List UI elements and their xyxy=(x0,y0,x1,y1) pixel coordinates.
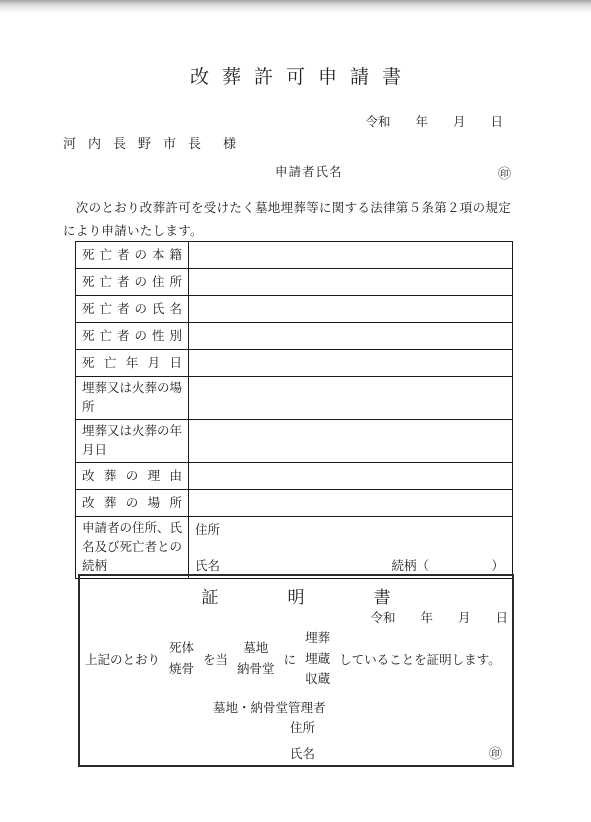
row-label-name: 死亡者の氏名 xyxy=(76,296,189,323)
sentence-tail: していることを証明します。 xyxy=(339,650,501,668)
table-row: 死亡年月日 xyxy=(76,350,513,377)
document-title: 改葬許可申請書 xyxy=(0,62,591,89)
row-value-death-date xyxy=(189,350,513,377)
era-date-line: 令和 年 月 日 xyxy=(365,112,503,130)
row-value-address xyxy=(189,269,513,296)
sentence-mid1: を当 xyxy=(203,650,228,668)
certificate-box: 証 明 書 令和 年 月 日 上記のとおり 死体 焼骨 を当 墓地 納骨堂 に … xyxy=(78,574,514,767)
reburial-application-document: 改葬許可申請書 令和 年 月 日 河内長野市長様 申請者氏名 ㊞ 次のとおり改葬… xyxy=(0,0,591,822)
applicant-name-label: 申請者氏名 xyxy=(275,162,343,180)
row-label-honseki: 死亡者の本籍 xyxy=(76,242,189,269)
row-value-burial-date xyxy=(189,420,513,463)
row-label-address: 死亡者の住所 xyxy=(76,269,189,296)
certificate-title: 証 明 書 xyxy=(80,583,512,608)
applicant-seal-stamp-icon: ㊞ xyxy=(498,163,511,182)
intro-paragraph: 次のとおり改葬許可を受けたく墓地埋葬等に関する法律第５条第２項の規定 により申請… xyxy=(63,197,517,243)
row-value-sex xyxy=(189,323,513,350)
applicant-fullname-label: 氏名 xyxy=(195,556,220,574)
table-row: 埋葬又は火葬の年月日 xyxy=(76,420,513,463)
table-row: 改葬の場所 xyxy=(76,490,513,517)
applicant-relation-label: 続柄（ ） xyxy=(391,556,504,574)
addressee-line: 河内長野市長様 xyxy=(63,133,236,152)
manager-label: 墓地・納骨堂管理者 xyxy=(213,698,326,716)
row-value-applicant-info: 住所 氏名 続柄（ ） xyxy=(189,517,513,579)
row-label-reburial-place: 改葬の場所 xyxy=(76,490,189,517)
addressee-name: 河内長野市長 xyxy=(63,136,213,151)
table-row: 死亡者の性別 xyxy=(76,323,513,350)
row-label-death-date: 死亡年月日 xyxy=(76,350,189,377)
sentence-mid2: に xyxy=(284,650,297,668)
row-label-sex: 死亡者の性別 xyxy=(76,323,189,350)
application-table: 死亡者の本籍 死亡者の住所 死亡者の氏名 死亡者の性別 死亡年月日 埋葬又は火葬… xyxy=(75,241,513,579)
row-value-name xyxy=(189,296,513,323)
table-row: 申請者の住所、氏名及び死亡者との続柄 住所 氏名 続柄（ ） xyxy=(76,517,513,579)
row-label-burial-date: 埋葬又は火葬の年月日 xyxy=(76,420,189,463)
row-label-reburial-reason: 改葬の理由 xyxy=(76,463,189,490)
certificate-sentence: 上記のとおり 死体 焼骨 を当 墓地 納骨堂 に 埋葬 埋蔵 収蔵 していること… xyxy=(85,628,501,690)
sentence-intro: 上記のとおり xyxy=(85,650,160,668)
table-row: 埋葬又は火葬の場所 xyxy=(76,377,513,420)
certificate-date-line: 令和 年 月 日 xyxy=(370,608,508,626)
interment-option-burial: 埋葬 xyxy=(305,628,330,649)
row-value-burial-place xyxy=(189,377,513,420)
manager-seal-stamp-icon: ㊞ xyxy=(489,743,502,762)
intro-line-2: により申請いたします。 xyxy=(63,220,517,243)
interment-option-inter: 埋蔵 xyxy=(305,649,330,670)
row-value-honseki xyxy=(189,242,513,269)
table-row: 死亡者の住所 xyxy=(76,269,513,296)
manager-name-label: 氏名 xyxy=(290,744,315,762)
table-row: 改葬の理由 xyxy=(76,463,513,490)
table-row: 死亡者の氏名 xyxy=(76,296,513,323)
page-top-shadow xyxy=(0,0,591,13)
manager-address-label: 住所 xyxy=(290,718,315,736)
row-value-reburial-reason xyxy=(189,463,513,490)
remains-option-body: 死体 xyxy=(169,638,194,659)
remains-option-ashes: 焼骨 xyxy=(169,659,194,680)
site-option-cemetery: 墓地 xyxy=(243,638,268,659)
row-value-reburial-place xyxy=(189,490,513,517)
row-label-burial-place: 埋葬又は火葬の場所 xyxy=(76,377,189,420)
row-label-applicant-info: 申請者の住所、氏名及び死亡者との続柄 xyxy=(76,517,189,579)
site-option-charnel: 納骨堂 xyxy=(237,659,275,680)
applicant-address-label: 住所 xyxy=(195,520,220,538)
table-row: 死亡者の本籍 xyxy=(76,242,513,269)
site-type-stack: 墓地 納骨堂 xyxy=(237,638,275,679)
honorific-sama: 様 xyxy=(223,136,236,151)
interment-type-stack: 埋葬 埋蔵 収蔵 xyxy=(305,628,330,690)
interment-option-store: 収蔵 xyxy=(305,669,330,690)
intro-line-1: 次のとおり改葬許可を受けたく墓地埋葬等に関する法律第５条第２項の規定 xyxy=(63,197,517,220)
remains-type-stack: 死体 焼骨 xyxy=(169,638,194,679)
